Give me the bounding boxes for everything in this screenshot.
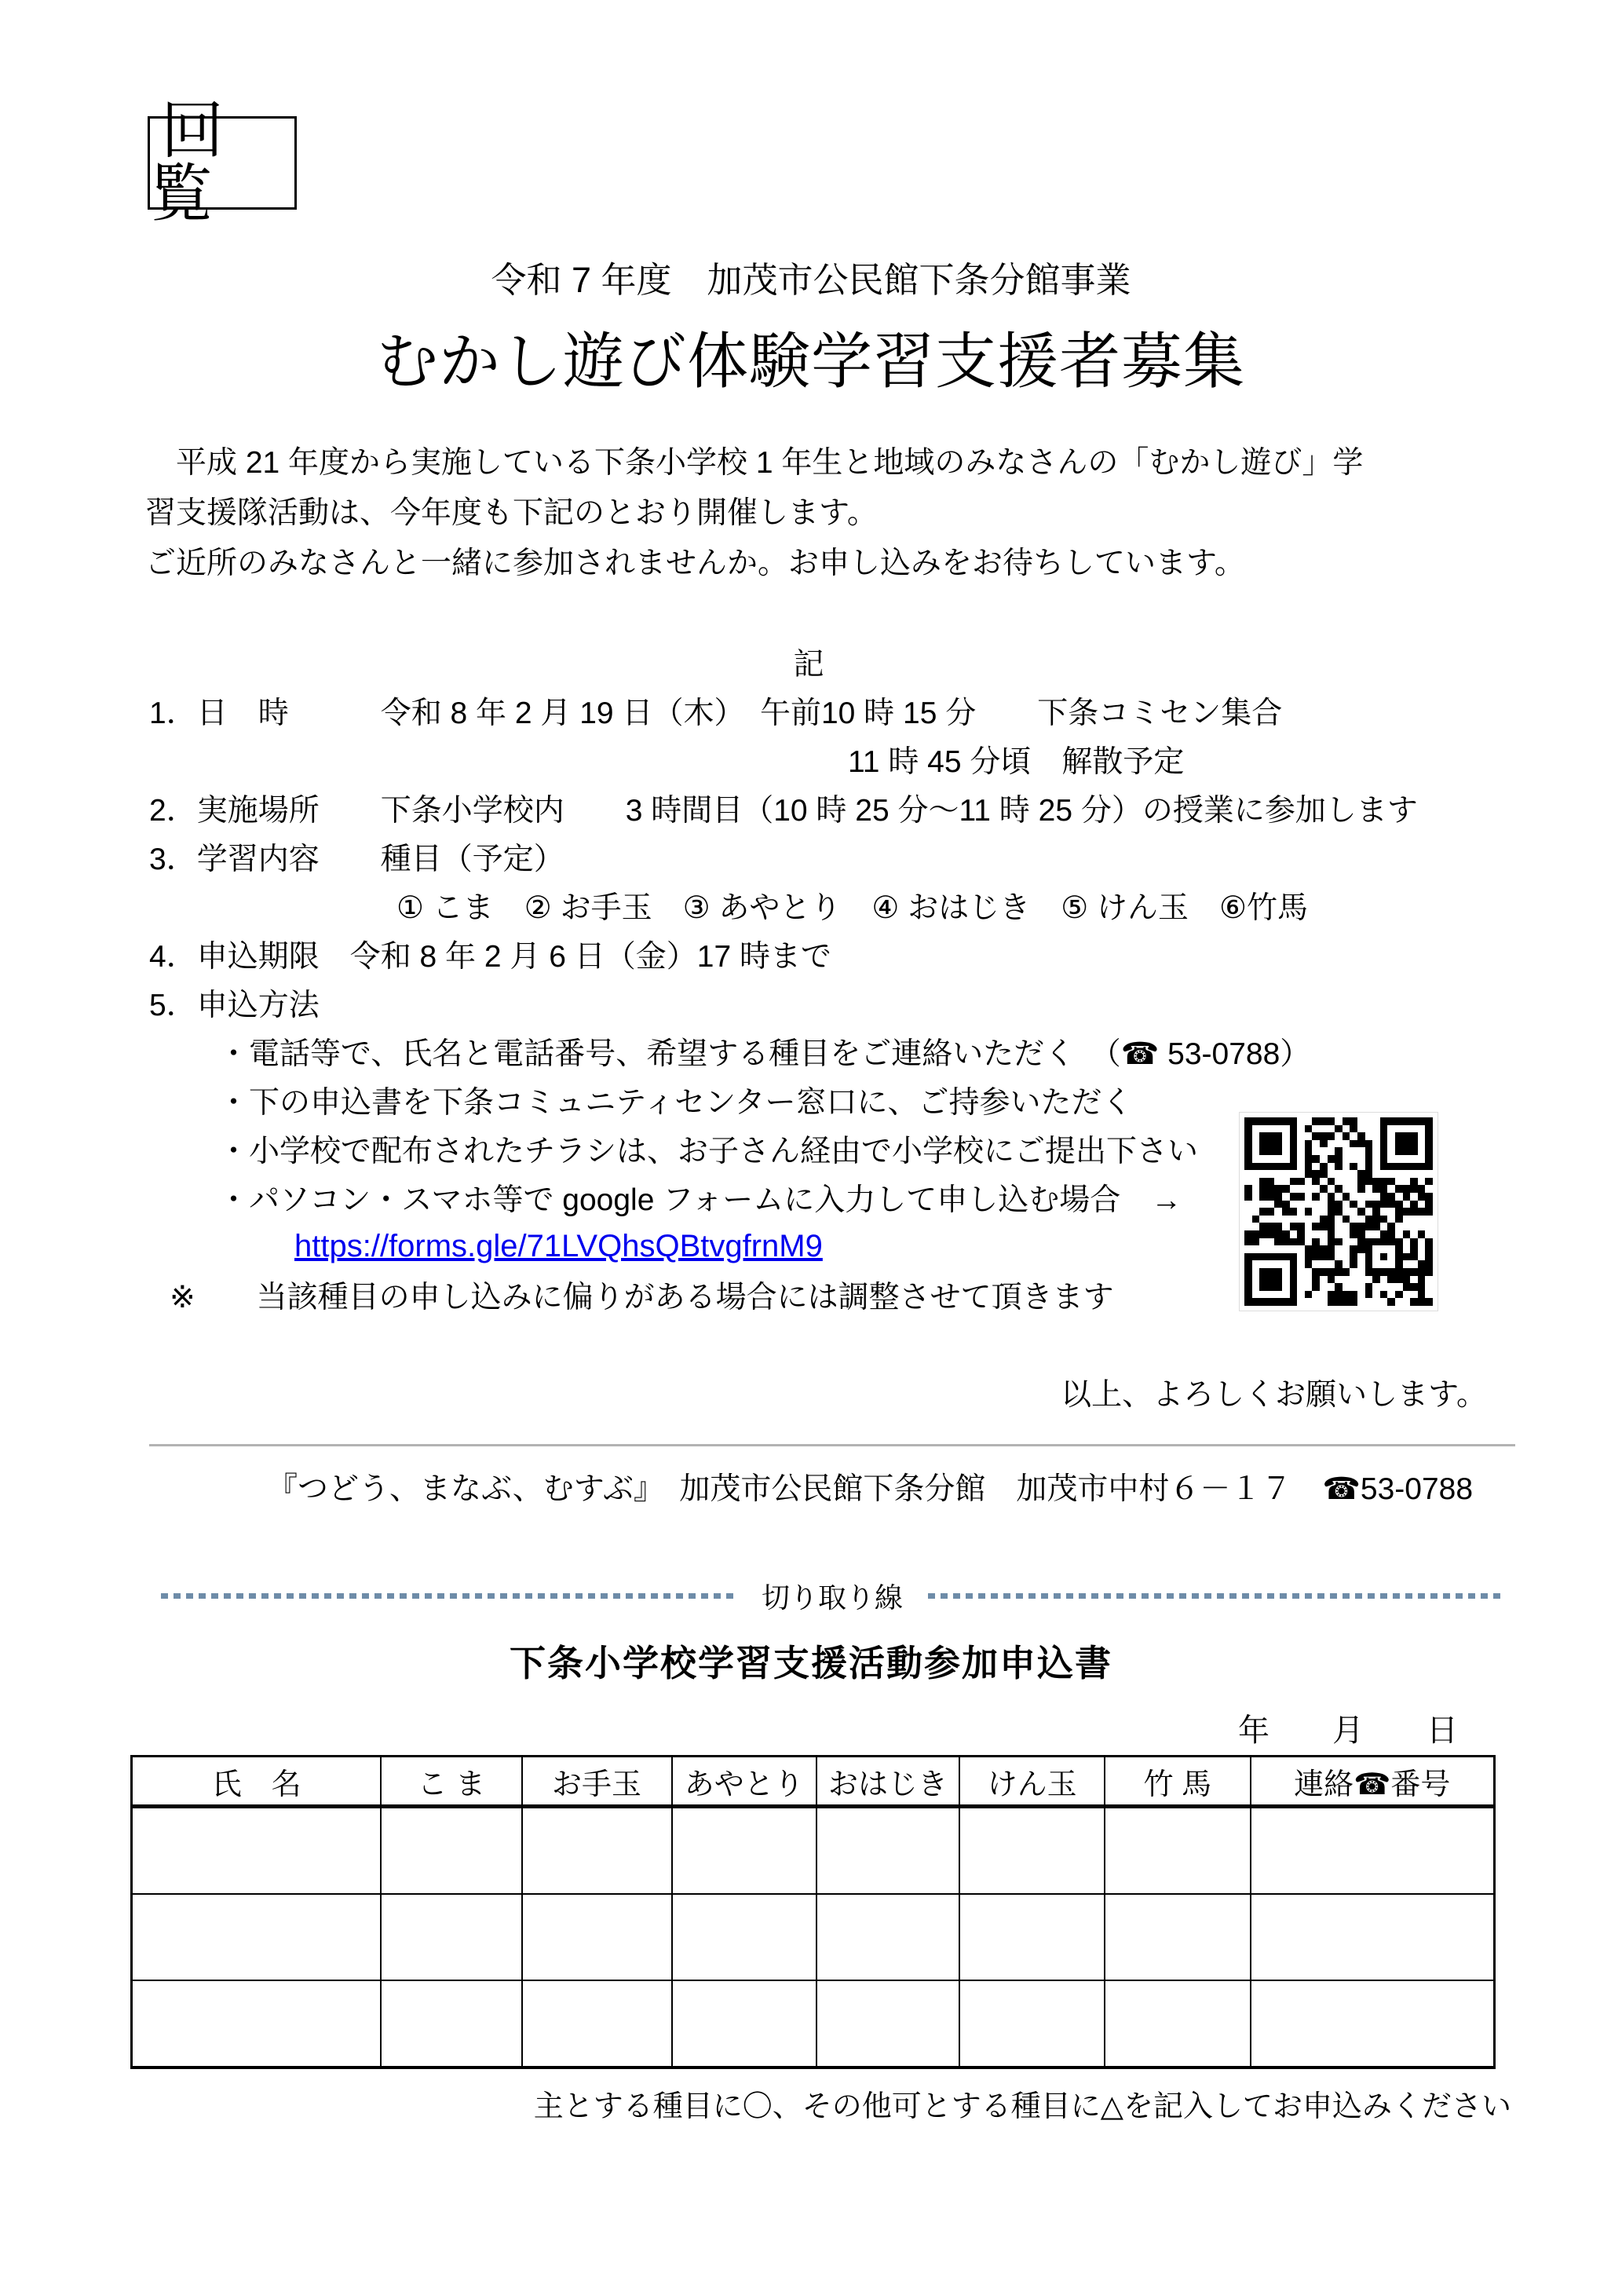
header-ayatori: あやとり <box>672 1757 816 1807</box>
table-header-row: 氏 名 こ ま お手玉 あやとり おはじき けん玉 竹 馬 連絡☎番号 <box>132 1757 1495 1807</box>
header-takeuma: 竹 馬 <box>1105 1757 1250 1807</box>
form-note: 主とする種目に〇、その他可とする種目に△を記入してお申込みください <box>534 2081 1511 2125</box>
header-name: 氏 名 <box>132 1757 382 1807</box>
table-cell <box>1105 1807 1250 1895</box>
cut-dash-right <box>928 1593 1503 1599</box>
table-cell <box>1105 1894 1250 1980</box>
closing-text: 以上、よろしくお願いします。 <box>1061 1368 1487 1417</box>
table-cell <box>522 1980 672 2067</box>
footer-divider <box>149 1444 1515 1446</box>
intro-line-2: 習支援隊活動は、今年度も下記のとおり開催します。 <box>145 485 1511 536</box>
table-cell <box>816 1980 959 2067</box>
table-cell <box>1251 1807 1495 1895</box>
kairan-stamp: 回覧 <box>148 116 297 210</box>
table-cell <box>816 1894 959 1980</box>
cut-dash-left <box>161 1593 736 1599</box>
table-cell <box>381 1894 521 1980</box>
table-cell <box>672 1894 816 1980</box>
table-row <box>132 1894 1495 1980</box>
table-cell <box>959 1807 1105 1895</box>
form-title: 下条小学校学習支援活動参加申込書 <box>0 1635 1622 1687</box>
header-phone-number: 連絡☎番号 <box>1251 1757 1495 1807</box>
notice-heading: 記 <box>149 638 1468 686</box>
table-cell <box>1251 1894 1495 1980</box>
intro-line-1: 平成 21 年度から実施している下条小学校 1 年生と地域のみなさんの「むかし遊… <box>145 435 1511 485</box>
notice-item-method: 5．申込方法 <box>149 978 1507 1027</box>
table-cell <box>1251 1980 1495 2067</box>
qr-code-frame <box>1239 1112 1438 1311</box>
google-form-link[interactable]: https://forms.gle/71LVQhsQBtvgfrnM9 <box>294 1229 823 1264</box>
table-cell <box>522 1807 672 1895</box>
notice-item-datetime: 1．日 時 令和 8 年 2 月 19 日（木） 午前10 時 15 分 下条コ… <box>149 686 1507 735</box>
form-date-line: 年 月 日 <box>1238 1706 1458 1749</box>
table-row <box>132 1807 1495 1895</box>
table-cell <box>672 1807 816 1895</box>
table-cell <box>132 1807 382 1895</box>
table-row <box>132 1980 1495 2067</box>
page-title: むかし遊び体験学習支援者募集 <box>0 313 1622 400</box>
table-cell <box>381 1807 521 1895</box>
header-koma: こ ま <box>381 1757 521 1807</box>
header-kendama: けん玉 <box>959 1757 1105 1807</box>
intro-paragraph: 平成 21 年度から実施している下条小学校 1 年生と地域のみなさんの「むかし遊… <box>145 435 1511 586</box>
notice-item-deadline: 4．申込期限 令和 8 年 2 月 6 日（金）17 時まで <box>149 930 1507 978</box>
notice-item-content: 3．学習内容 種目（予定） <box>149 832 1507 881</box>
org-info: 『つどう、まなぶ、むすぶ』 加茂市公民館下条分館 加茂市中村６－１７ ☎53-0… <box>267 1462 1473 1511</box>
notice-item-datetime-end: 11 時 45 分頃 解散予定 <box>149 735 1507 784</box>
intro-line-3: ご近所のみなさんと一緒に参加されませんか。お申し込みをお待ちしています。 <box>145 536 1511 586</box>
notice-item-place: 2．実施場所 下条小学校内 3 時間目（10 時 25 分～11 時 25 分）… <box>149 784 1507 832</box>
table-cell <box>522 1894 672 1980</box>
application-table: 氏 名 こ ま お手玉 あやとり おはじき けん玉 竹 馬 連絡☎番号 <box>130 1755 1496 2069</box>
table-cell <box>381 1980 521 2067</box>
table-cell <box>1105 1980 1250 2067</box>
notice-item-games: ① こま ② お手玉 ③ あやとり ④ おはじき ⑤ けん玉 ⑥竹馬 <box>149 881 1507 930</box>
cut-line: 切り取り線 <box>161 1580 1503 1611</box>
qr-code-icon <box>1244 1117 1433 1306</box>
cut-line-label: 切り取り線 <box>762 1576 903 1616</box>
header-ohajiki: おはじき <box>816 1757 959 1807</box>
header-otedama: お手玉 <box>522 1757 672 1807</box>
apply-method-phone: ・電話等で、氏名と電話番号、希望する種目をご連絡いただく （☎ 53-0788） <box>149 1027 1507 1076</box>
table-cell <box>959 1894 1105 1980</box>
event-subtitle: 令和 7 年度 加茂市公民館下条分館事業 <box>0 251 1622 302</box>
table-cell <box>132 1894 382 1980</box>
flyer-page: 回覧 令和 7 年度 加茂市公民館下条分館事業 むかし遊び体験学習支援者募集 平… <box>0 0 1622 2296</box>
table-cell <box>672 1980 816 2067</box>
table-cell <box>959 1980 1105 2067</box>
table-cell <box>816 1807 959 1895</box>
table-cell <box>132 1980 382 2067</box>
